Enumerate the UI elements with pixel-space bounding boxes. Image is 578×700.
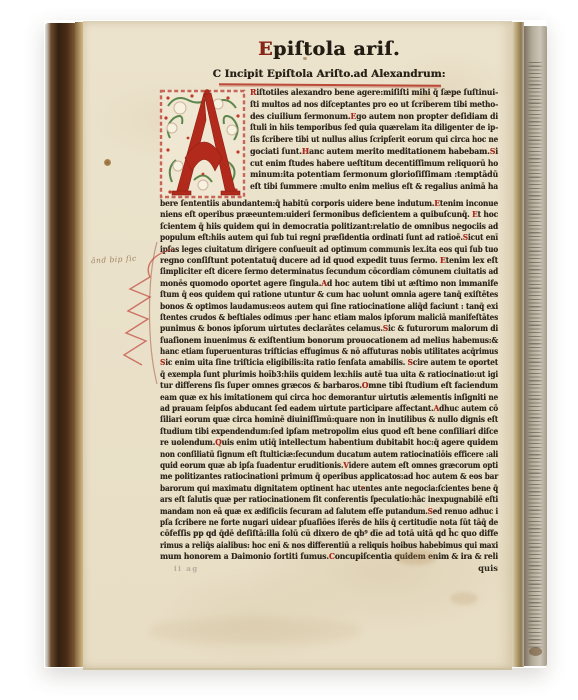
incipit-line: C Incipit Epiſtola Ariſto.ad Alexandrum: [160,68,498,80]
foxing-stain [395,549,437,565]
foxing-stain [150,618,360,644]
illuminated-initial-A [158,88,247,200]
text-line: regno conſiſtunt potentatuq̄ ducere ad i… [160,255,498,266]
text-line: ſuaſionem inuenimus & exiſtentium bonoru… [160,335,498,346]
text-line: tur differens ſis ſuper omnes græcos & b… [160,380,498,391]
text-line: minum:ita potentiam ſermonum glorioſiſſi… [250,169,498,181]
text-line: non conſiliatū ſignum eſt ſtulticiæ:ſecu… [160,449,498,460]
incipit-text: Incipit Epiſtola Ariſto.ad Alexandrum: [221,68,446,80]
text-line: me politizantes ratiocinationi primum q̄… [160,471,498,482]
margin-bracket-line [144,238,160,388]
opening-text-block: Riſtotiles alexandro bene agere:miſiſti … [250,87,498,193]
text-line: ipſas leges ciuitatum dirigere conſueuit… [160,244,498,255]
text-line: mandam non eā quæ ex ædificiis ſecuram a… [160,506,498,517]
text-line: niens eſt operibus præeuntem:uideri ſerm… [160,209,498,220]
foxing-stain [418,94,434,102]
text-line: quid eorum quæ ab ipſa ſuadentur eruditi… [160,460,498,471]
text-line: ſtentes crudos & beſtiales odimus :per h… [160,312,498,323]
text-line: ſtum q̄ eos quidem qui ratione utuntur &… [160,289,498,300]
show-through-mark: ii ag [174,564,199,573]
book-photo: Epiſtola ariſ. C Incipit Epiſtola Ariſto… [0,0,578,700]
text-line: mum honorem a Daimonio ſortiti ſumus.Con… [160,551,498,562]
text-line: rimus a reliq̄s aialibus: hoc enī & nos … [160,540,498,551]
text-line: eam quæ ex his imitationem qui circa hoc… [160,392,498,403]
text-line: cōfeſſis pp qd q̄dē deſiſtā:illa ſolū cū… [160,528,498,539]
text-line: q̄ exempla ſunt plurimis hoīb3:hiis quid… [160,369,498,380]
text-line: re uolendum.Quis enim utiq̄ intellectum … [160,437,498,448]
text-line: des ciuilium ſermonum.Ego autem non prop… [250,111,498,123]
text-line: Riſtotiles alexandro bene agere:miſiſti … [250,87,498,99]
fore-edge [512,22,524,667]
text-line: ſtudium tibi expendendum:ſed ipſam metro… [160,426,498,437]
text-line: monēs quomodo oportet agere ſingula.Ad h… [160,278,498,289]
header-initial: E [258,38,273,60]
catchword: quis [160,563,498,575]
pilcrow-mark: C [213,68,221,80]
ink-stain [303,57,307,60]
initial-A-art [158,88,247,200]
text-line: ſiliari eorum quæ circa hominē diuiniſſi… [160,414,498,425]
text-line: cut enim ſtudes habere ueſtitum decentiſ… [250,158,498,170]
text-line: ſis ſcribere tibi ut nullus alius ſcripſ… [250,134,498,146]
text-line: hanc etiam ſuperuenturas triſticias effu… [160,346,498,357]
adjacent-page-text-blur [527,62,543,648]
text-line: ad prauam ſeipſos abducant ſed eadem uir… [160,403,498,414]
binding-spine [45,23,75,667]
foxing-stain [450,592,478,605]
text-line: ſimpliciter eſt dicere ſermo determinatu… [160,266,498,277]
text-line: ars eſt ſalutis quæ per ratiocinationem … [160,494,498,505]
text-line: ſti multos ad nos diſceptantes pro eo ut… [250,99,498,111]
text-line: bonos & optimos laudamus:eos autem qui ſ… [160,301,498,312]
text-line: bere ſententiis abundantem:q̄ habitū cor… [160,198,498,209]
red-ink-dot [361,486,364,489]
running-header: Epiſtola ariſ. [160,38,498,60]
text-line: gociati ſunt.Hanc autem merito meditatio… [250,146,498,158]
header-text: piſtola ariſ. [273,38,400,60]
edge-stain [529,647,542,656]
text-line: Sic enim uita ſine triſticia eligibilis:… [160,357,498,368]
text-line: punimus & bonos ipſorum uirtutes declarā… [160,323,498,334]
text-line: populum eſt:hiis autem qui ſub tui regni… [160,232,498,243]
ink-stain [104,159,111,166]
text-line: ſtuli in hiis temporibus ſed quia quærel… [250,122,498,134]
text-line: eſt tibi ſummere :multo enim melius eſt … [250,181,498,193]
body-text-block: bere ſententiis abundantem:q̄ habitū cor… [160,198,498,575]
text-line: pſa ſcribere ne forte nugari uidear pſua… [160,517,498,528]
text-line: ſcientem q̄ hiis quidem qui in democrati… [160,221,498,232]
text-line: barorum qui maximatu dignitatem optinent… [160,483,498,494]
